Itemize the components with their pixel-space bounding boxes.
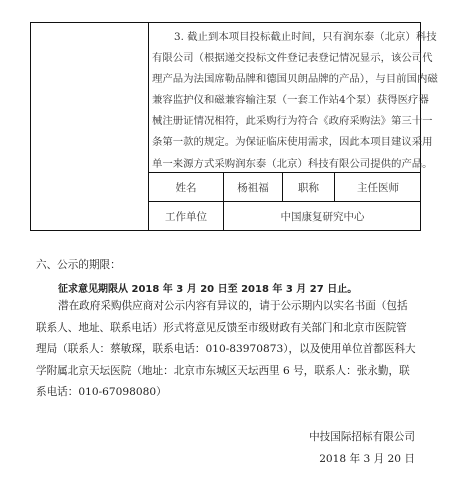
clause-paragraph: 3. 截止到本项目投标截止时间，只有润东泰（北京）科技 有限公司（根据递交投标文…	[152, 27, 418, 175]
title-value: 主任医师	[335, 173, 421, 201]
objection-line: 理局（联系人：蔡敏琛，联系电话：010-83970873），以及使用单位首都医科…	[36, 339, 416, 361]
clause-line: 条第一款的规定。为保证临床使用需求，因此本项目建议采用	[152, 132, 418, 153]
work-unit-label: 工作单位	[149, 202, 223, 231]
work-unit-value: 中国康复研究中心	[224, 202, 421, 231]
clause-line: 理产品为法国席勒品牌和德国贝朗品牌的产品），与目前国内磁	[152, 69, 418, 90]
period-text: 征求意见期限从 2018 年 3 月 20 日至 2018 年 3 月 27 日…	[58, 280, 357, 295]
objection-line: 潜在政府采购供应商对公示内容有异议的，请于公示期内以实名书面（包括	[36, 296, 416, 318]
signature-date: 2018 年 3 月 20 日	[319, 451, 415, 466]
objection-paragraph: 潜在政府采购供应商对公示内容有异议的，请于公示期内以实名书面（包括 联系人、地址…	[36, 296, 416, 404]
objection-line: 系电话：010-67098080）	[36, 382, 416, 404]
name-value: 杨祖福	[224, 173, 282, 201]
signature-company: 中技国际招标有限公司	[309, 429, 415, 444]
section-heading: 六、公示的期限：	[36, 257, 121, 272]
clause-line: 兼容监护仪和磁兼容输注泵（一套工作站4个泵）获得医疗器	[152, 90, 418, 111]
objection-line: 学附属北京天坛医院（地址：北京市东城区天坛西里 6 号，联系人：张永勤，联	[36, 361, 416, 383]
objection-line: 联系人、地址、联系电话）形式将意见反馈至市级财政有关部门和北京市医院管	[36, 318, 416, 340]
clause-line: 械注册证情况相符，此采购行为符合《政府采购法》第三十一	[152, 111, 418, 132]
name-label: 姓名	[149, 173, 223, 201]
clause-line: 3. 截止到本项目投标截止时间，只有润东泰（北京）科技	[152, 27, 418, 48]
title-label: 职称	[283, 173, 334, 201]
clause-line: 单一来源方式采购润东泰（北京）科技有限公司提供的产品。	[152, 154, 418, 175]
clause-line: 有限公司（根据递交投标文件登记表登记情况显示，该公司代	[152, 48, 418, 69]
